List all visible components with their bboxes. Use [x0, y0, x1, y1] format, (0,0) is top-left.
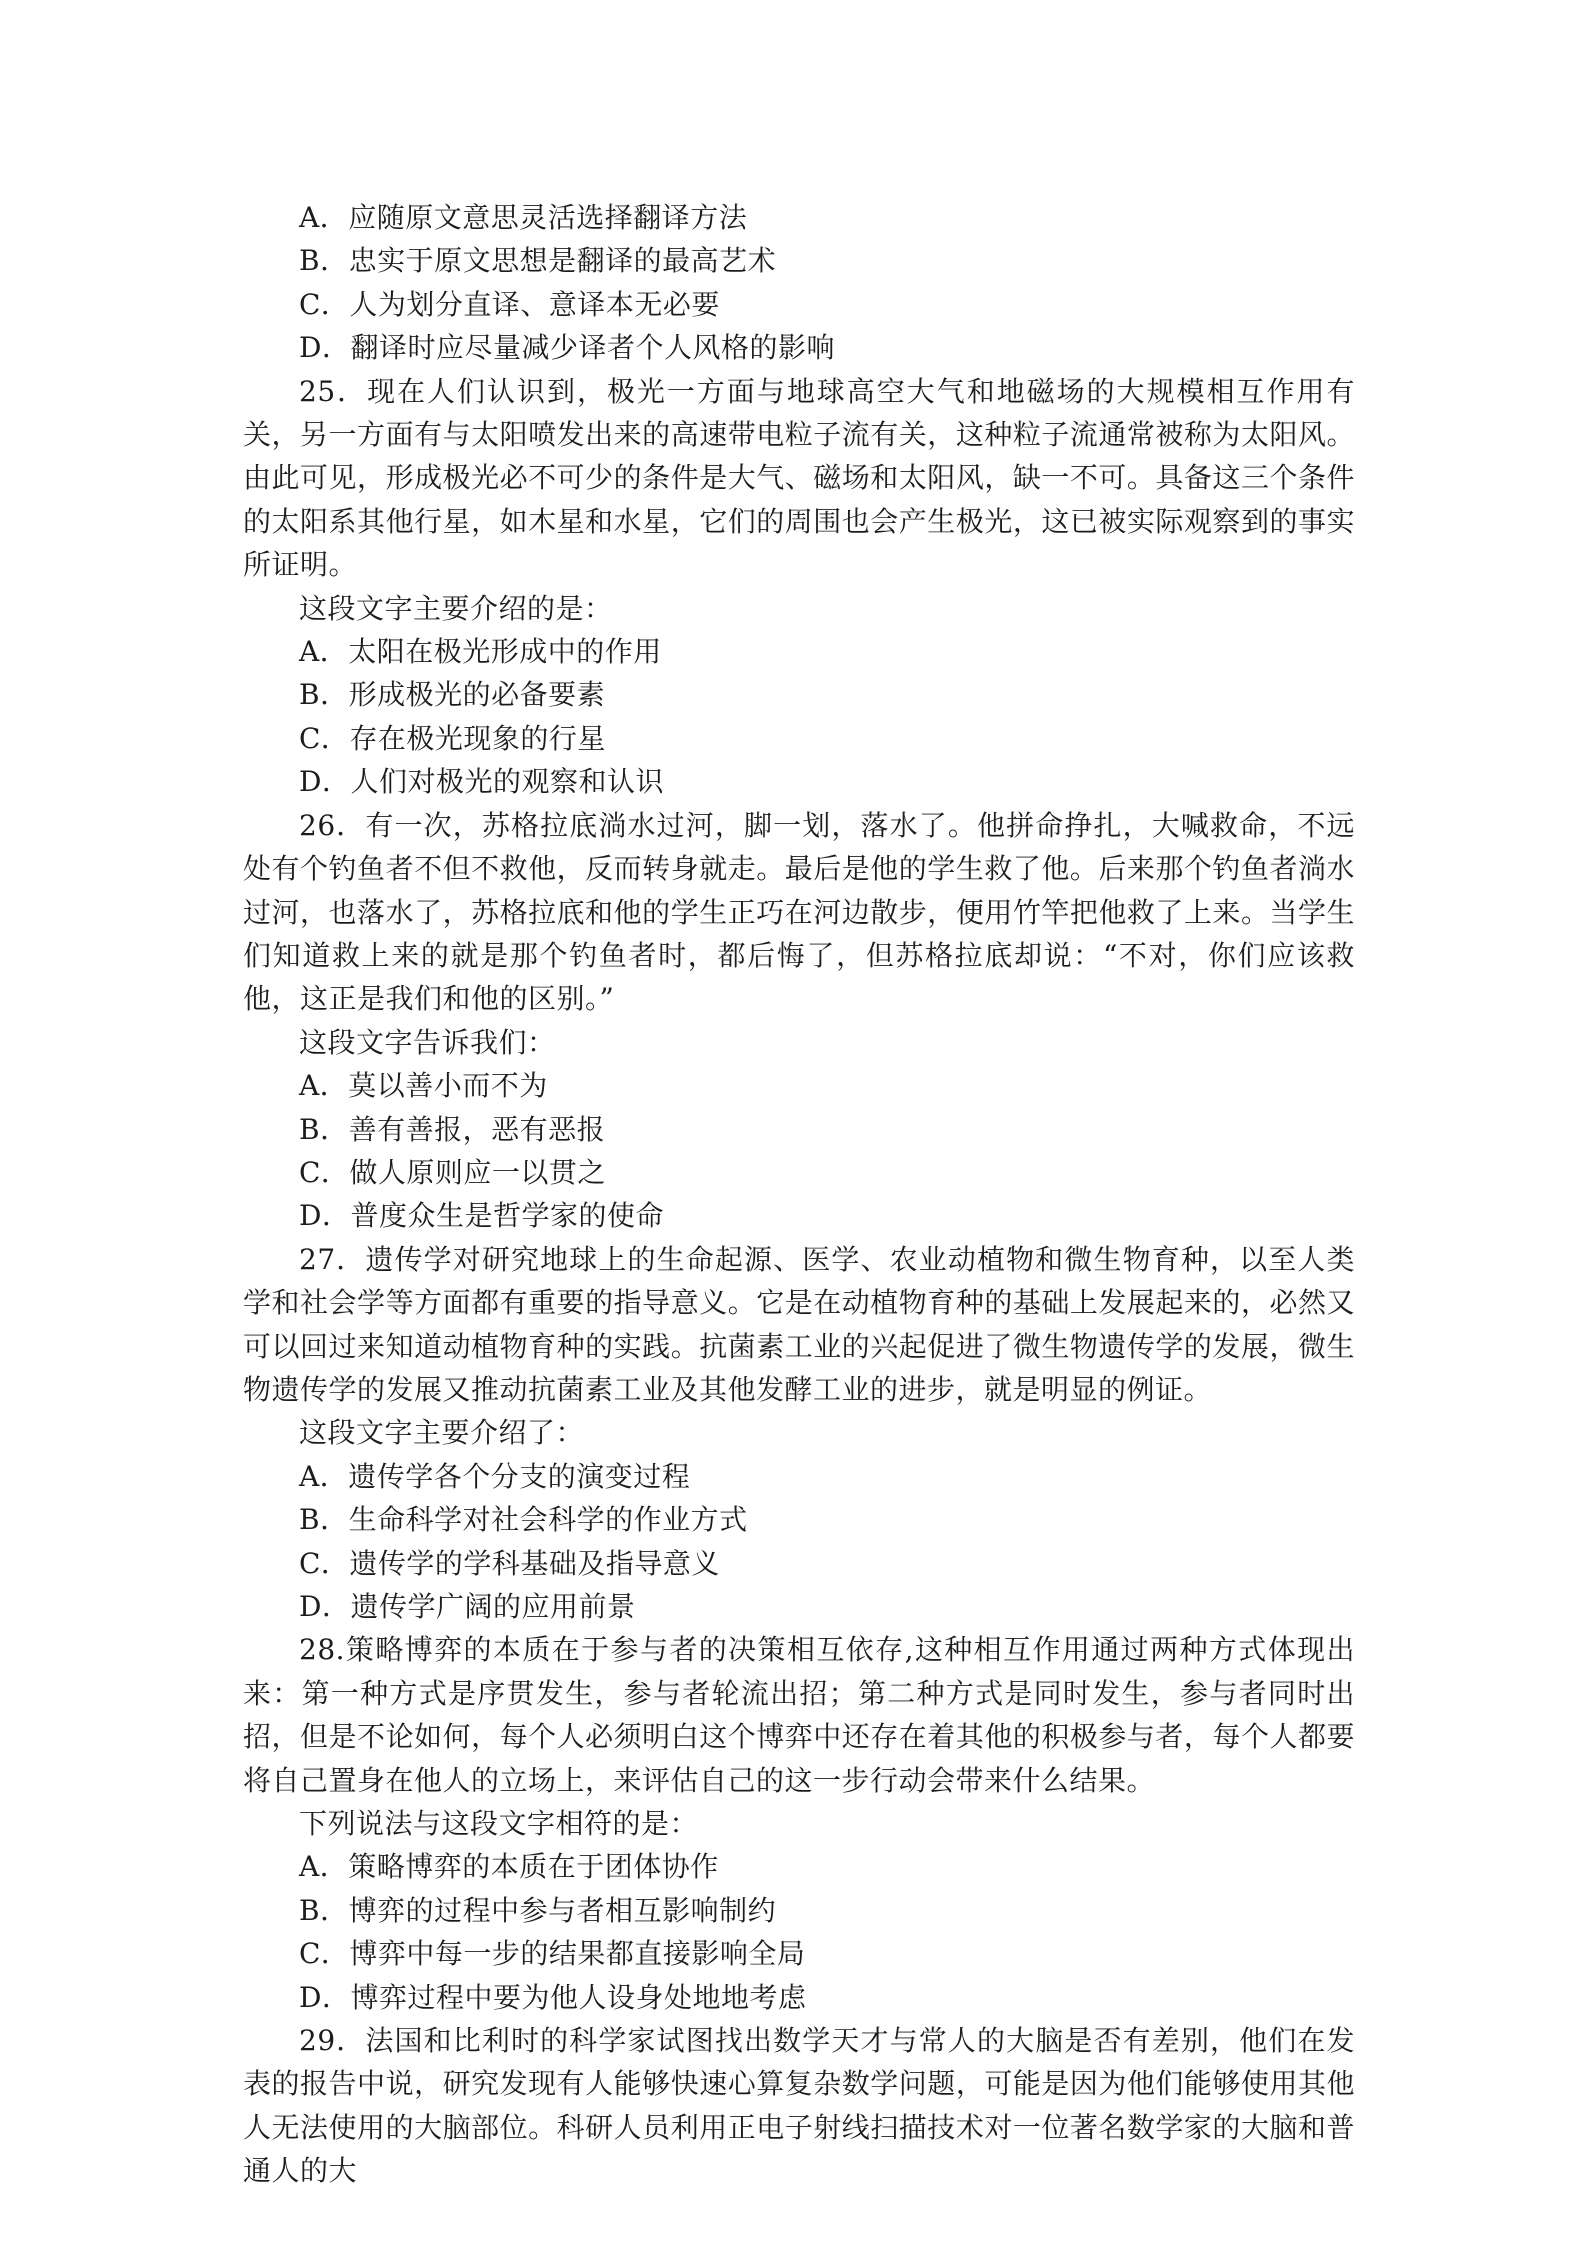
- document-content: A．应随原文意思灵活选择翻译方法B．忠实于原文思想是翻译的最高艺术C．人为划分直…: [243, 196, 1355, 2193]
- question-prompt: 这段文字主要介绍的是：: [243, 587, 1355, 630]
- question-prompt: 这段文字主要介绍了：: [243, 1411, 1355, 1454]
- question-paragraph: 26．有一次，苏格拉底淌水过河，脚一划，落水了。他拼命挣扎，大喊救命，不远处有个…: [243, 804, 1355, 1021]
- document-page: A．应随原文意思灵活选择翻译方法B．忠实于原文思想是翻译的最高艺术C．人为划分直…: [0, 0, 1594, 2252]
- option-line: A．太阳在极光形成中的作用: [243, 630, 1355, 673]
- option-line: D．博弈过程中要为他人设身处地地考虑: [243, 1976, 1355, 2019]
- option-line: D．普度众生是哲学家的使命: [243, 1194, 1355, 1237]
- option-line: C．博弈中每一步的结果都直接影响全局: [243, 1932, 1355, 1975]
- option-line: A．莫以善小而不为: [243, 1064, 1355, 1107]
- question-prompt: 下列说法与这段文字相符的是：: [243, 1802, 1355, 1845]
- question-paragraph: 28.策略博弈的本质在于参与者的决策相互依存,这种相互作用通过两种方式体现出来：…: [243, 1628, 1355, 1802]
- option-line: B．生命科学对社会科学的作业方式: [243, 1498, 1355, 1541]
- option-line: C．遗传学的学科基础及指导意义: [243, 1542, 1355, 1585]
- option-line: D．遗传学广阔的应用前景: [243, 1585, 1355, 1628]
- option-line: B．善有善报，恶有恶报: [243, 1108, 1355, 1151]
- option-line: D．人们对极光的观察和认识: [243, 760, 1355, 803]
- question-paragraph: 29．法国和比利时的科学家试图找出数学天才与常人的大脑是否有差别，他们在发表的报…: [243, 2019, 1355, 2193]
- option-line: B．形成极光的必备要素: [243, 673, 1355, 716]
- option-line: A．应随原文意思灵活选择翻译方法: [243, 196, 1355, 239]
- option-line: C．人为划分直译、意译本无必要: [243, 283, 1355, 326]
- option-line: B．忠实于原文思想是翻译的最高艺术: [243, 239, 1355, 282]
- option-line: A．遗传学各个分支的演变过程: [243, 1455, 1355, 1498]
- option-line: A．策略博弈的本质在于团体协作: [243, 1845, 1355, 1888]
- question-paragraph: 27．遗传学对研究地球上的生命起源、医学、农业动植物和微生物育种，以至人类学和社…: [243, 1238, 1355, 1412]
- question-prompt: 这段文字告诉我们：: [243, 1021, 1355, 1064]
- option-line: D．翻译时应尽量减少译者个人风格的影响: [243, 326, 1355, 369]
- option-line: C．做人原则应一以贯之: [243, 1151, 1355, 1194]
- option-line: C．存在极光现象的行星: [243, 717, 1355, 760]
- question-paragraph: 25．现在人们认识到，极光一方面与地球高空大气和地磁场的大规模相互作用有关，另一…: [243, 370, 1355, 587]
- option-line: B．博弈的过程中参与者相互影响制约: [243, 1889, 1355, 1932]
